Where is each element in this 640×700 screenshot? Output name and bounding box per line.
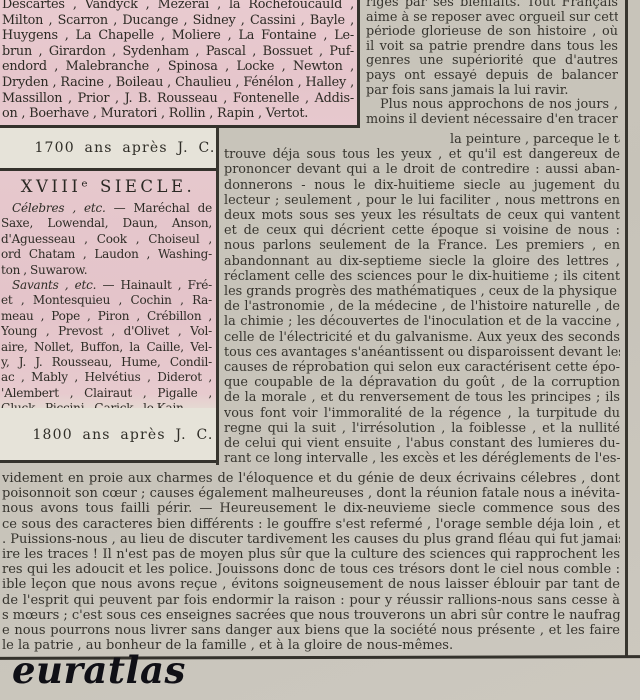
text-line: réclament celle des sciences pour le dix… [224,269,620,284]
section-title-xviii-siecle: XVIIIᵉ SIECLE. [0,176,216,198]
text-line: celle de l'électricité et du galvanisme.… [224,330,620,345]
paragraph-french-glory: rigés par ses bienfaits. Tout Françaisai… [366,0,618,98]
text-line: aire, Nollet, Buffon, la Caille, Vel- [1,340,212,355]
text-line: ire les traces ! Il n'est pas de moyen p… [2,547,620,562]
celebres-label: Célebres , etc. [12,201,106,215]
text-line: Saxe, Lowendal, Daun, Anson, [1,216,212,231]
text-line: videment en proie aux charmes de l'éloqu… [2,471,620,486]
scanned-document-page: Descartes , Vandyck , Mezerai , la Roche… [0,0,640,700]
date-band-1700-label: 1700 ans après J. C. [34,140,215,156]
column-divider-rule [216,128,219,465]
text-line: que coupable de la dépravation du goût ,… [224,375,620,390]
text-line: rigés par ses bienfaits. Tout Français [366,0,618,11]
date-band-1700: 1700 ans après J. C. [0,128,216,171]
eighteenth-century-box: XVIIIᵉ SIECLE. Célebres , etc. — Marécha… [0,171,216,413]
text-line: genres une supériorité que d'autres [366,54,618,69]
text-line: Milton , Scarron , Ducange , Sidney , Ca… [2,13,354,29]
text-line: rant ce long intervalle , les excès et l… [224,451,620,466]
text-line: Descartes , Vandyck , Mezerai , la Roche… [2,0,354,13]
text-line: les grands progrès des mathématiques , c… [224,284,620,299]
text-line: meau , Pope , Piron , Crébillon , [1,309,212,324]
text-line: de la morale , et du renversement de tou… [224,390,620,405]
celebres-rest: — Maréchal de [106,201,212,215]
text-line: Plus nous approchons de nos jours , [366,98,618,113]
century-box-text: Célebres , etc. — Maréchal de Saxe, Lowe… [0,201,216,417]
text-line: Dryden , Racine , Boileau , Chaulieu , F… [2,75,354,91]
text-line: poisonnoit son cœur ; causes également m… [2,486,620,501]
euratlas-watermark: euratlas [12,648,186,692]
text-line: res qui les adoucit et les police. Jouis… [2,562,620,577]
text-line: s mœurs ; c'est sous ces enseignes sacré… [2,608,620,623]
right-margin-rule [625,0,628,657]
text-line: et , Montesquieu , Cochin , Ra- [1,293,212,308]
date-band-1800-label: 1800 ans après J. C. [32,427,213,443]
text-line: lecteur ; seulement , pour le lui facili… [224,193,620,208]
text-line: y, J. J. Rousseau, Hume, Condil- [1,355,212,370]
savants-label: Savants , etc. [12,278,96,292]
text-line: période glorieuse de son histoire , où [366,25,618,40]
text-line: e nous pourrons nous livrer sans danger … [2,623,620,638]
text-line: par fois sans jamais la lui ravir. [366,84,618,99]
savants-list: et , Montesquieu , Cochin , Ra-meau , Po… [1,293,212,416]
main-column-text: trouve déja sous tous les yeux , et qu'i… [224,147,620,466]
text-line: abandonnant au dix-septieme siecle la gl… [224,254,620,269]
text-line: nous parlons seulement de la France. Les… [224,238,620,253]
text-line: nous avons tous failli périr. — Heureuse… [2,501,620,516]
celebres-list: Saxe, Lowendal, Daun, Anson,d'Aguesseau … [1,216,212,278]
right-column-top: rigés par ses bienfaits. Tout Françaisai… [366,0,618,127]
text-line: de celui qui vient ensuite , l'abus cons… [224,436,620,451]
text-line: deux mots sous ses yeux les résultats de… [224,208,620,223]
paragraph-plus-nous: Plus nous approchons de nos jours ,moins… [366,98,618,127]
text-line: endord , Malebranche , Spinosa , Locke ,… [2,59,354,75]
names-list: Descartes , Vandyck , Mezerai , la Roche… [2,0,354,122]
text-line: la peinture , parceque le tableau se [224,132,620,147]
text-line: Huygens , La Chapelle , Moliere , La Fon… [2,28,354,44]
text-line: de l'astronomie , de la médecine , de l'… [224,299,620,314]
text-line: brun , Girardon , Sydenham , Pascal , Bo… [2,44,354,60]
savants-rest: — Hainault , Fré- [96,278,212,292]
celebres-lead-line: Célebres , etc. — Maréchal de [1,201,212,216]
savants-lead-line: Savants , etc. — Hainault , Fré- [1,278,212,293]
text-line: tous ces avantages s'anéantissent ou dis… [224,345,620,360]
text-line: de l'esprit qui peuvent par fois endormi… [2,593,620,608]
text-line: ton , Suwarow. [1,263,212,278]
text-line: regne qui la suit , l'irrésolution , la … [224,421,620,436]
text-line: prononcer devant qui a le droit de contr… [224,162,620,177]
text-line: donnerons - nous le dix-huitieme siecle … [224,178,620,193]
text-line: ord Chatam , Laudon , Washing- [1,247,212,262]
right-column-main: la peinture , parceque le tableau se tro… [224,132,620,466]
text-line: 'Alembert , Clairaut , Pigalle , [1,386,212,401]
text-line: pays ont essayé depuis de balancer [366,69,618,84]
text-line: ible leçon que nous avons reçue , éviton… [2,577,620,592]
text-line: vous font voir l'immoralité de la régenc… [224,406,620,421]
text-line: il voit sa patrie prendre dans tous les [366,40,618,55]
text-line: . Puissions-nous , au lieu de discuter t… [2,532,620,547]
text-line: on , Boerhave , Muratori , Rollin , Rapi… [2,106,354,122]
text-line: ce sous des caracteres bien différents :… [2,517,620,532]
text-line: et de ceux qui décrient cette époque si … [224,223,620,238]
date-band-1800: 1800 ans après J. C. [0,408,216,463]
bottom-paragraph: videment en proie aux charmes de l'éloqu… [2,471,620,653]
text-line: aime à se reposer avec orgueil sur cette [366,11,618,26]
text-line: la chimie ; les découvertes de l'inocula… [224,314,620,329]
text-line: moins il devient nécessaire d'en tracer [366,113,618,128]
text-line: Young , Prevost , d'Olivet , Vol- [1,324,212,339]
text-line: ac , Mably , Helvétius , Diderot , [1,370,212,385]
text-line: d'Aguesseau , Cook , Choiseul , [1,232,212,247]
text-line: causes de réprobation qui selon eux cara… [224,360,620,375]
text-line: trouve déja sous tous les yeux , et qu'i… [224,147,620,162]
seventeenth-century-names-box: Descartes , Vandyck , Mezerai , la Roche… [0,0,360,128]
text-line: Massillon , Prior , J. B. Rousseau , Fon… [2,91,354,107]
